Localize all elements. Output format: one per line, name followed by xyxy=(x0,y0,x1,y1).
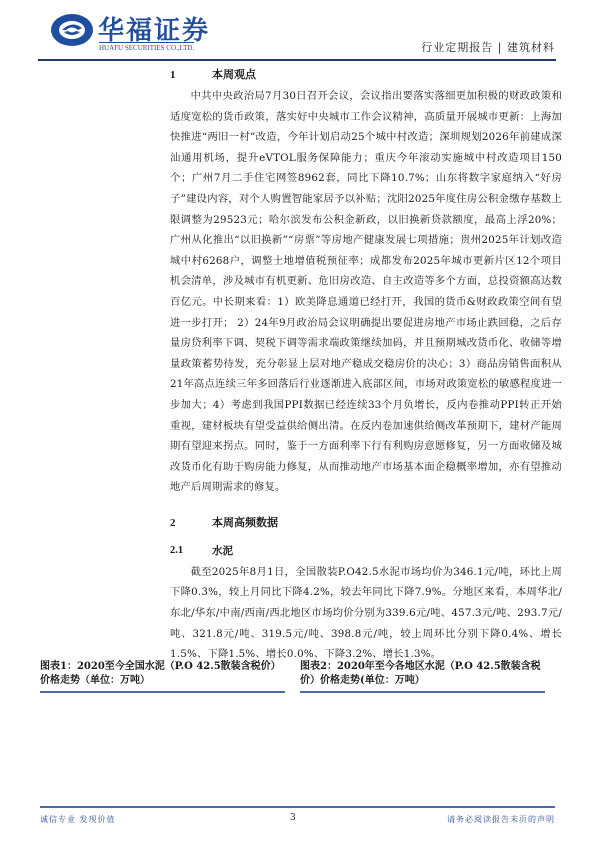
figure-2-caption: 图表2：2020年至今各地区水泥（P.O 42.5散装含税价）价格走势(单位：万… xyxy=(300,660,545,693)
logo-english-name: HUAFU SECURITIES CO.,LTD. xyxy=(99,42,194,52)
section-title: 本周观点 xyxy=(212,64,256,86)
footer-disclaimer: 请务必阅读报告末页的声明 xyxy=(447,814,555,825)
figure-1-caption: 图表1：2020至今全国水泥（P.O 42.5散装含税价）价格走势（单位：万吨） xyxy=(40,660,285,693)
header-divider xyxy=(38,59,556,61)
huafu-logo: 华福证券 HUAFU SECURITIES CO.,LTD. xyxy=(50,12,250,52)
figure-2-rule xyxy=(300,691,545,693)
report-body: 1 本周观点 中共中央政治局7月30日召开会议，会议指出要落实落细更加积极的财政… xyxy=(170,64,562,665)
report-category: 行业定期报告 | 建筑材料 xyxy=(421,39,555,55)
section-number: 2 xyxy=(170,512,212,534)
section-title: 本周高频数据 xyxy=(212,512,278,534)
figure-1-rule xyxy=(40,691,285,693)
figure-1-title: 图表1：2020至今全国水泥（P.O 42.5散装含税价）价格走势（单位：万吨） xyxy=(40,660,285,688)
subsection-number: 2.1 xyxy=(170,540,212,562)
subsection-title: 水泥 xyxy=(212,540,233,562)
footer-divider xyxy=(40,806,555,808)
footer-slogan: 诚信专业 发现价值 xyxy=(40,814,116,825)
figure-2-title: 图表2：2020年至今各地区水泥（P.O 42.5散装含税价）价格走势(单位：万… xyxy=(300,660,545,688)
weekly-view-paragraph: 中共中央政治局7月30日召开会议，会议指出要落实落细更加积极的财政政策和适度宽松… xyxy=(170,86,562,498)
huafu-logo-icon xyxy=(50,12,94,48)
section-heading-1: 1 本周观点 xyxy=(170,64,562,86)
page-number: 3 xyxy=(290,813,296,823)
section-heading-2: 2 本周高频数据 xyxy=(170,512,562,534)
cement-paragraph: 截至2025年8月1日，全国散装P.O42.5水泥市场均价为346.1元/吨，环… xyxy=(170,562,562,665)
subsection-heading-cement: 2.1 水泥 xyxy=(170,540,562,562)
section-number: 1 xyxy=(170,64,212,86)
page-header: 华福证券 HUAFU SECURITIES CO.,LTD. 行业定期报告 | … xyxy=(40,0,555,60)
